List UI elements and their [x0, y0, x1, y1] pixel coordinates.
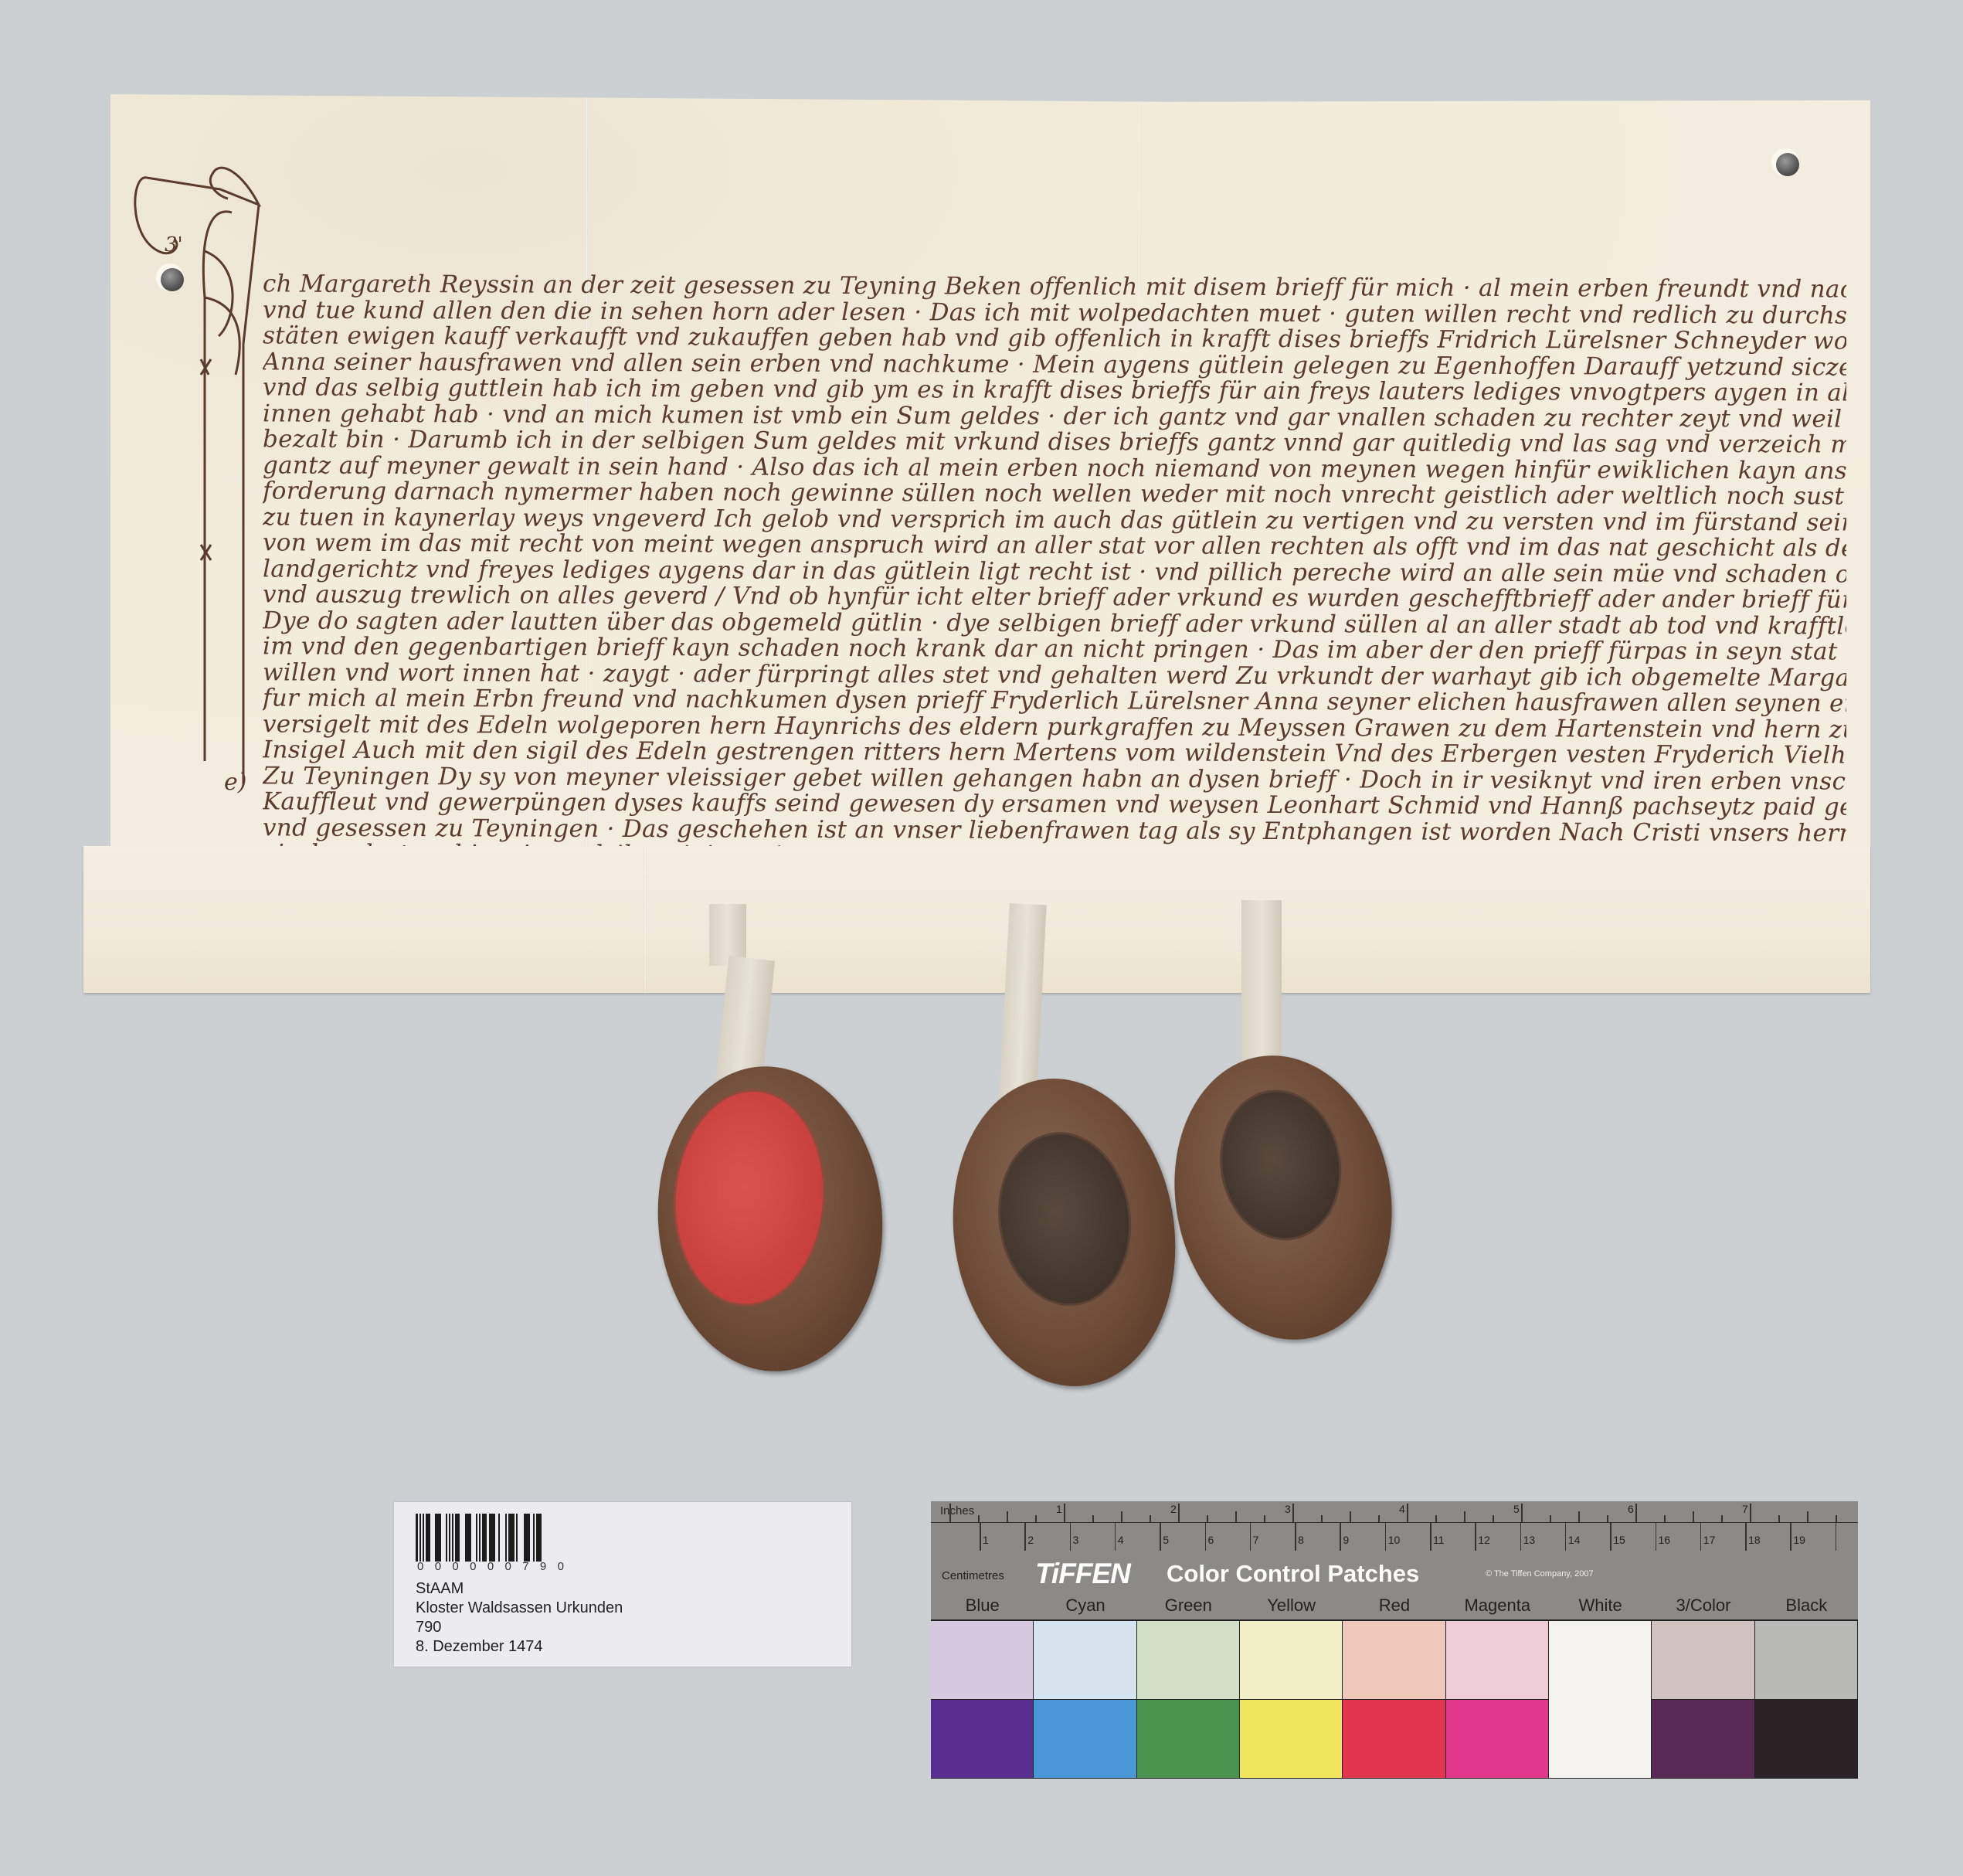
- ruler-tick: [1070, 1523, 1071, 1551]
- ruler-tick: [1178, 1504, 1180, 1522]
- ruler-tick: [1207, 1515, 1208, 1522]
- ruler-tick: [1035, 1515, 1037, 1522]
- ruler-tick: [1378, 1515, 1380, 1522]
- ruler-tick: [1475, 1523, 1476, 1551]
- ruler-tick: [1836, 1515, 1837, 1522]
- ruler-tick: [1092, 1515, 1094, 1522]
- patch-dark-green: [1137, 1700, 1240, 1779]
- patch-dark-yellow: [1240, 1700, 1343, 1779]
- mounting-magnet-right: [1776, 153, 1799, 176]
- patch-light-green: [1137, 1621, 1240, 1700]
- patch-light-blue: [931, 1621, 1034, 1700]
- patch-light-red: [1343, 1621, 1445, 1700]
- cm-number: 7: [1253, 1534, 1259, 1546]
- ruler-tick: [1295, 1523, 1296, 1551]
- seal-2-impression: [987, 1123, 1143, 1315]
- barcode-icon: [416, 1514, 562, 1562]
- ruler-tick: [1205, 1523, 1207, 1551]
- patch-name: Red: [1343, 1596, 1445, 1619]
- ruler-tick: [1721, 1515, 1723, 1522]
- cm-number: 9: [1343, 1534, 1349, 1546]
- ruler-tick: [1778, 1515, 1780, 1522]
- ruler-tick: [1007, 1511, 1008, 1522]
- ruler-tick: [1520, 1523, 1522, 1551]
- inch-number: 1: [1056, 1503, 1062, 1515]
- charter-text: ch Margareth Reyssin an der zeit gesesse…: [263, 274, 1846, 870]
- cm-number: 3: [1073, 1534, 1079, 1546]
- patch-name: 3/Color: [1652, 1596, 1754, 1619]
- cm-number: 6: [1208, 1534, 1214, 1546]
- ruler-tick: [1493, 1515, 1494, 1522]
- patch-light-black: [1755, 1621, 1858, 1700]
- tiffen-logo: TiFFEN: [1035, 1558, 1130, 1590]
- ruler-tick: [1750, 1504, 1751, 1522]
- cm-number: 4: [1118, 1534, 1124, 1546]
- cm-number: 5: [1163, 1534, 1169, 1546]
- patch-name: Black: [1755, 1596, 1858, 1619]
- ruler-tick: [1521, 1504, 1523, 1522]
- plica-fold: [83, 846, 1870, 993]
- ruler-tick: [1250, 1523, 1251, 1551]
- cm-number: 11: [1433, 1534, 1445, 1546]
- inch-number: 5: [1513, 1503, 1520, 1515]
- cm-number: 12: [1478, 1534, 1490, 1546]
- seal-1-impression: [666, 1084, 832, 1311]
- archive-label: 0 0 0 0 0 0 7 9 0 StAAM Kloster Waldsass…: [394, 1502, 851, 1667]
- cm-ruler: 12345678910111213141516171819: [931, 1523, 1858, 1558]
- patch-dark-red: [1343, 1700, 1445, 1779]
- ruler-tick: [980, 1523, 981, 1551]
- patch-dark-black: [1755, 1700, 1858, 1779]
- color-patches: [931, 1619, 1858, 1779]
- cm-number: 16: [1659, 1534, 1671, 1546]
- patch-names: Blue Cyan Green Yellow Red Magenta White…: [931, 1596, 1858, 1619]
- ruler-tick: [1550, 1515, 1551, 1522]
- barcode-number: 0 0 0 0 0 0 7 9 0: [417, 1560, 564, 1573]
- ruler-tick: [1150, 1515, 1151, 1522]
- ruler-tick: [949, 1504, 951, 1522]
- ruler-tick: [1385, 1523, 1387, 1551]
- ruler-tick: [1807, 1511, 1808, 1522]
- ruler-tick: [1407, 1504, 1408, 1522]
- ruler-tick: [1264, 1515, 1265, 1522]
- patch-name: Blue: [931, 1596, 1034, 1619]
- ruler-tick: [1340, 1523, 1341, 1551]
- wax-seal-3: [1153, 1038, 1414, 1358]
- ruler-tick: [1024, 1523, 1026, 1551]
- patch-name: Magenta: [1446, 1596, 1549, 1619]
- ruler-tick: [1115, 1523, 1116, 1551]
- inch-number: 3: [1285, 1503, 1291, 1515]
- cm-number: 2: [1027, 1534, 1034, 1546]
- patch-dark-blue: [931, 1700, 1034, 1779]
- patch-name: Yellow: [1240, 1596, 1343, 1619]
- cm-number: 8: [1298, 1534, 1304, 1546]
- document-number: 790: [416, 1618, 623, 1637]
- ruler-tick: [1610, 1523, 1611, 1551]
- ruler-tick: [1745, 1523, 1747, 1551]
- patch-name: White: [1549, 1596, 1652, 1619]
- cm-number: 18: [1748, 1534, 1761, 1546]
- svg-text:3': 3': [165, 233, 183, 257]
- ruler-tick: [1435, 1515, 1437, 1522]
- cm-number: 19: [1793, 1534, 1805, 1546]
- centimetres-label: Centimetres: [942, 1569, 1004, 1582]
- inch-ruler: Inches 1234567: [931, 1501, 1858, 1523]
- ruler-tick: [1292, 1504, 1294, 1522]
- ruler-tick: [1565, 1523, 1567, 1551]
- margin-note: e): [224, 769, 246, 796]
- ruler-tick: [1607, 1515, 1608, 1522]
- ruler-tick: [1321, 1515, 1323, 1522]
- color-control-chart: Inches 1234567 1234567891011121314151617…: [931, 1501, 1858, 1777]
- ruler-tick: [1578, 1511, 1580, 1522]
- ruler-tick: [1464, 1511, 1465, 1522]
- ruler-tick: [1350, 1511, 1351, 1522]
- patch-dark-magenta: [1446, 1700, 1549, 1779]
- plica-crease: [644, 846, 647, 993]
- ruler-tick: [1160, 1523, 1161, 1551]
- ruler-tick: [1656, 1523, 1657, 1551]
- ruler-tick: [978, 1515, 980, 1522]
- patch-name: Cyan: [1034, 1596, 1136, 1619]
- archive-name: StAAM: [416, 1579, 623, 1599]
- collection-name: Kloster Waldsassen Urkunden: [416, 1599, 623, 1618]
- inch-number: 6: [1628, 1503, 1634, 1515]
- cm-number: 1: [983, 1534, 989, 1546]
- inch-number: 4: [1399, 1503, 1405, 1515]
- ruler-tick: [1700, 1523, 1702, 1551]
- ruler-tick: [1635, 1504, 1637, 1522]
- chart-title: Color Control Patches: [1167, 1560, 1419, 1588]
- inch-number: 2: [1170, 1503, 1177, 1515]
- ruler-tick: [1693, 1511, 1694, 1522]
- patch-dark-cyan: [1034, 1700, 1136, 1779]
- patch-light-yellow: [1240, 1621, 1343, 1700]
- patch-light-white: [1549, 1621, 1652, 1779]
- ruler-tick: [1064, 1504, 1065, 1522]
- patch-light-3-color: [1652, 1621, 1754, 1700]
- cm-number: 14: [1568, 1534, 1581, 1546]
- document-date: 8. Dezember 1474: [416, 1637, 623, 1657]
- patch-dark-3-color: [1652, 1700, 1754, 1779]
- cm-number: 10: [1388, 1534, 1401, 1546]
- inch-number: 7: [1742, 1503, 1748, 1515]
- ruler-tick: [1664, 1515, 1666, 1522]
- cm-number: 17: [1703, 1534, 1716, 1546]
- ruler-tick: [1121, 1511, 1122, 1522]
- wax-seal-2: [934, 1064, 1195, 1401]
- copyright: © The Tiffen Company, 2007: [1486, 1569, 1594, 1579]
- ruler-tick: [1836, 1523, 1837, 1551]
- decorated-initial-icon: 3': [127, 143, 282, 784]
- patch-light-magenta: [1446, 1621, 1549, 1700]
- ruler-tick: [1790, 1523, 1791, 1551]
- wax-seal-1: [648, 1059, 893, 1378]
- cm-number: 13: [1523, 1534, 1536, 1546]
- ruler-tick: [1430, 1523, 1431, 1551]
- seal-3-impression: [1208, 1080, 1353, 1250]
- patch-light-cyan: [1034, 1621, 1136, 1700]
- ruler-tick: [1235, 1511, 1237, 1522]
- cm-number: 15: [1613, 1534, 1625, 1546]
- patch-name: Green: [1137, 1596, 1240, 1619]
